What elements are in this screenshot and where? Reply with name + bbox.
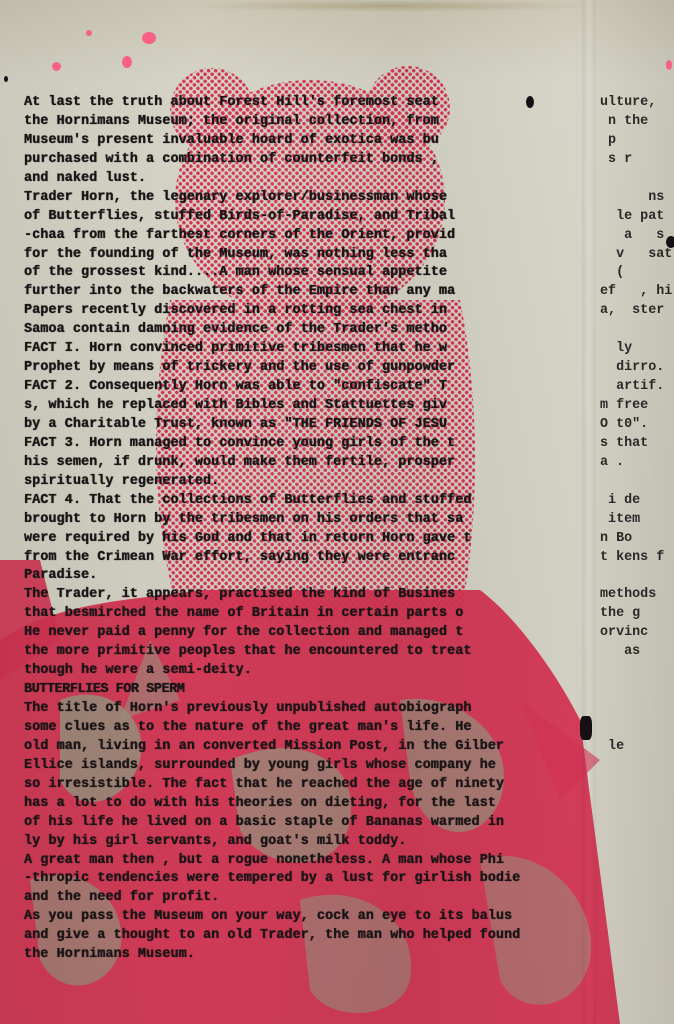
margin-fragment: O t0".	[600, 416, 674, 435]
typewritten-article: At last the truth about Forest Hill's fo…	[24, 94, 624, 965]
margin-fragment: methods	[600, 586, 674, 605]
text-line: Museum's present invaluable hoard of exo…	[24, 132, 624, 151]
text-line: has a lot to do with his theories on die…	[24, 795, 624, 814]
margin-fragment: as	[600, 643, 674, 662]
pink-speck	[666, 60, 672, 70]
margin-fragment: p	[600, 132, 674, 151]
text-line: by a Charitable Trust, known as "THE FRI…	[24, 416, 624, 435]
text-line: Prophet by means of trickery and the use…	[24, 359, 624, 378]
text-line: Trader Horn, the legenary explorer/busin…	[24, 189, 624, 208]
margin-fragment: m free	[600, 397, 674, 416]
pink-speck	[86, 30, 92, 36]
margin-fragment: le pat	[600, 208, 674, 227]
text-line: As you pass the Museum on your way, cock…	[24, 908, 624, 927]
text-line: and the need for profit.	[24, 889, 624, 908]
text-line: the more primitive peoples that he encou…	[24, 643, 624, 662]
text-line: -chaa from the farthest corners of the O…	[24, 227, 624, 246]
margin-fragment	[600, 662, 674, 681]
margin-fragment	[600, 757, 674, 776]
text-line: his semen, if drunk, would make them fer…	[24, 454, 624, 473]
text-line: A great man then , but a rogue nonethele…	[24, 852, 624, 871]
text-line: Paradise.	[24, 567, 624, 586]
text-line: from the Crimean War effort, saying they…	[24, 549, 624, 568]
text-line: Ellice islands, surrounded by young girl…	[24, 757, 624, 776]
text-line: FACT 3. Horn managed to convince young g…	[24, 435, 624, 454]
text-line: of his life he lived on a basic staple o…	[24, 814, 624, 833]
text-line: Papers recently discovered in a rotting …	[24, 302, 624, 321]
margin-fragment: ulture,	[600, 94, 674, 113]
margin-fragment: (	[600, 264, 674, 283]
text-line: for the founding of the Museum, was noth…	[24, 246, 624, 265]
margin-fragment: a s	[600, 227, 674, 246]
margin-fragment	[600, 567, 674, 586]
margin-fragment: dirro.	[600, 359, 674, 378]
text-line: The title of Horn's previously unpublish…	[24, 700, 624, 719]
text-line: and give a thought to an old Trader, the…	[24, 927, 624, 946]
margin-fragment: t kens f	[600, 549, 674, 568]
margin-fragment: v sat	[600, 246, 674, 265]
margin-fragment	[600, 719, 674, 738]
margin-fragment: ef , hi	[600, 283, 674, 302]
margin-fragment: ns	[600, 189, 674, 208]
text-line: At last the truth about Forest Hill's fo…	[24, 94, 624, 113]
text-line: spiritually regenerated.	[24, 473, 624, 492]
text-line: though he were a semi-deity.	[24, 662, 624, 681]
text-line: ly by his girl servants, and goat's milk…	[24, 833, 624, 852]
text-line: of Butterflies, stuffed Birds-of-Paradis…	[24, 208, 624, 227]
text-line: FACT 4. That the collections of Butterfl…	[24, 492, 624, 511]
margin-text-fragments: ulture, n the p s r ns le pat a s v sat …	[600, 94, 674, 776]
pink-speck	[142, 32, 156, 44]
margin-fragment: orvinc	[600, 624, 674, 643]
margin-fragment	[600, 170, 674, 189]
text-line: the Hornimans Museum; the original colle…	[24, 113, 624, 132]
text-line: of the grossest kind....A man whose sens…	[24, 264, 624, 283]
text-line: -thropic tendencies were tempered by a l…	[24, 870, 624, 889]
margin-fragment: n Bo	[600, 530, 674, 549]
text-line: so irresistible. The fact that he reache…	[24, 776, 624, 795]
text-line: purchased with a combination of counterf…	[24, 151, 624, 170]
ink-blot	[4, 76, 8, 82]
pink-speck	[52, 62, 61, 71]
text-line: and naked lust.	[24, 170, 624, 189]
margin-fragment	[600, 321, 674, 340]
margin-fragment: le	[600, 738, 674, 757]
margin-fragment: artif.	[600, 378, 674, 397]
margin-fragment: n the	[600, 113, 674, 132]
text-line: some clues as to the nature of the great…	[24, 719, 624, 738]
text-line: brought to Horn by the tribesmen on his …	[24, 511, 624, 530]
margin-fragment	[600, 681, 674, 700]
text-line: further into the backwaters of the Empir…	[24, 283, 624, 302]
margin-fragment	[600, 700, 674, 719]
margin-fragment: a, ster	[600, 302, 674, 321]
section-heading: BUTTERFLIES FOR SPERM	[24, 681, 624, 700]
paper-stain	[180, 0, 600, 12]
margin-fragment: item	[600, 511, 674, 530]
margin-fragment: the g	[600, 605, 674, 624]
text-line: Samoa contain damning evidence of the Tr…	[24, 321, 624, 340]
margin-fragment: a .	[600, 454, 674, 473]
margin-fragment: s r	[600, 151, 674, 170]
text-line: s, which he replaced with Bibles and Sta…	[24, 397, 624, 416]
text-line: He never paid a penny for the collection…	[24, 624, 624, 643]
text-line: The Trader, it appears, practised the ki…	[24, 586, 624, 605]
text-line: FACT I. Horn convinced primitive tribesm…	[24, 340, 624, 359]
pink-speck	[122, 56, 132, 68]
text-line: old man, living in an converted Mission …	[24, 738, 624, 757]
margin-fragment: s that	[600, 435, 674, 454]
text-line: FACT 2. Consequently Horn was able to "c…	[24, 378, 624, 397]
margin-fragment: ly	[600, 340, 674, 359]
margin-fragment	[600, 473, 674, 492]
text-line: the Hornimans Museum.	[24, 946, 624, 965]
margin-fragment: i de	[600, 492, 674, 511]
text-line: that besmirched the name of Britain in c…	[24, 605, 624, 624]
text-line: were required by his God and that in ret…	[24, 530, 624, 549]
